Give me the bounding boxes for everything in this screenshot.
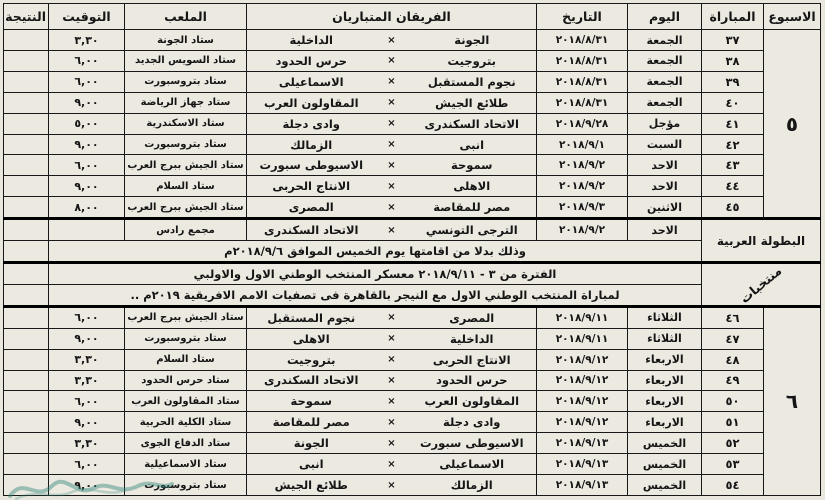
away-team: الاسيوطى سبورت bbox=[249, 158, 374, 172]
day-cell: الاثنين bbox=[628, 197, 702, 219]
col-header-match: المباراة bbox=[702, 4, 764, 30]
match-no-cell: ٤٢ bbox=[702, 134, 764, 155]
away-team: الاتحاد السكندرى bbox=[249, 223, 374, 237]
time-cell: ٣,٣٠ bbox=[49, 30, 125, 51]
date-cell: ٢٠١٨/٩/١٢ bbox=[537, 349, 628, 370]
home-team: الاهلى bbox=[410, 179, 535, 193]
home-team: الاتحاد السكندرى bbox=[410, 117, 535, 131]
day-cell: الاربعاء bbox=[628, 370, 702, 391]
col-header-result: النتيجة bbox=[4, 4, 49, 30]
time-cell: ٦,٠٠ bbox=[49, 391, 125, 412]
date-cell: ٢٠١٨/٨/٣١ bbox=[537, 30, 628, 51]
date-cell: ٢٠١٨/٨/٣١ bbox=[537, 51, 628, 72]
vs-mark: × bbox=[374, 76, 410, 87]
vs-mark: × bbox=[374, 375, 410, 386]
table-row: ٣٩ الجمعة ٢٠١٨/٨/٣١ نجوم المستقبل×الاسما… bbox=[4, 71, 821, 92]
time-cell: ٣,٣٠ bbox=[49, 433, 125, 454]
date-cell: ٢٠١٨/٩/١٣ bbox=[537, 433, 628, 454]
teams-cell: الاهلى×الانتاج الحربى bbox=[247, 176, 537, 197]
away-team: الداخلية bbox=[249, 33, 374, 47]
table-row: ٥٠ الاربعاء ٢٠١٨/٩/١٢ المقاولون العرب×سم… bbox=[4, 391, 821, 412]
stadium-cell: ستاد الجيش ببرج العرب bbox=[125, 197, 247, 219]
date-cell: ٢٠١٨/٩/١٢ bbox=[537, 370, 628, 391]
day-cell: الجمعة bbox=[628, 30, 702, 51]
vs-mark: × bbox=[374, 202, 410, 213]
date-cell: ٢٠١٨/٩/٢ bbox=[537, 176, 628, 197]
stadium-cell: ستاد المقاولون العرب bbox=[125, 391, 247, 412]
arab-championship-note-row: وذلك بدلا من اقامتها يوم الخميس الموافق … bbox=[4, 241, 821, 263]
stadium-cell: ستاد حرس الحدود bbox=[125, 370, 247, 391]
match-no-cell: ٥١ bbox=[702, 412, 764, 433]
time-cell: ٦,٠٠ bbox=[49, 51, 125, 72]
teams-cell: سموحة×الاسيوطى سبورت bbox=[247, 155, 537, 176]
home-team: وادى دجلة bbox=[410, 415, 535, 429]
match-no-cell: ٤٦ bbox=[702, 306, 764, 328]
match-no-cell: ٥٠ bbox=[702, 391, 764, 412]
stadium-cell: ستاد الجيش ببرج العرب bbox=[125, 306, 247, 328]
time-cell: ٩,٠٠ bbox=[49, 475, 125, 496]
table-row: ٤٠ الجمعة ٢٠١٨/٨/٣١ طلائع الجيش×المقاولو… bbox=[4, 92, 821, 113]
home-team: نجوم المستقبل bbox=[410, 75, 535, 89]
header-row: الاسبوع المباراة اليوم التاريخ الفريقان … bbox=[4, 4, 821, 30]
result-cell bbox=[4, 71, 49, 92]
stadium-cell: ستاد بتروسبورت bbox=[125, 475, 247, 496]
table-row: ٤٧ الثلاثاء ٢٠١٨/٩/١١ الداخلية×الاهلى ست… bbox=[4, 328, 821, 349]
table-row: ٥٢ الخميس ٢٠١٨/٩/١٣ الاسيوطى سبورت×الجون… bbox=[4, 433, 821, 454]
date-cell: ٢٠١٨/٩/١ bbox=[537, 134, 628, 155]
away-team: المصرى bbox=[249, 200, 374, 214]
teams-cell: وادى دجلة×مصر للمقاصة bbox=[247, 412, 537, 433]
time-cell: ٥,٠٠ bbox=[49, 113, 125, 134]
result-cell bbox=[4, 241, 49, 263]
niger-match-row: لمباراة المنتخب الوطني الاول مع النيجر ب… bbox=[4, 284, 821, 306]
time-cell: ٦,٠٠ bbox=[49, 306, 125, 328]
vs-mark: × bbox=[374, 118, 410, 129]
vs-mark: × bbox=[374, 160, 410, 171]
away-team: انبى bbox=[249, 457, 374, 471]
day-cell: الجمعة bbox=[628, 92, 702, 113]
home-team: حرس الحدود bbox=[410, 373, 535, 387]
day-cell: الاحد bbox=[628, 176, 702, 197]
vs-mark: × bbox=[374, 417, 410, 428]
stadium-cell: ستاد الاسكندرية bbox=[125, 113, 247, 134]
home-team: الترجى التونسي bbox=[410, 223, 535, 237]
teams-cell: الداخلية×الاهلى bbox=[247, 328, 537, 349]
home-team: طلائع الجيش bbox=[410, 96, 535, 110]
away-team: الاتحاد السكندرى bbox=[249, 373, 374, 387]
away-team: الانتاج الحربى bbox=[249, 179, 374, 193]
table-row: ٤٥ الاثنين ٢٠١٨/٩/٣ مصر للمقاصة×المصرى س… bbox=[4, 197, 821, 219]
week-6-band: ٦ bbox=[764, 306, 821, 495]
date-cell: ٢٠١٨/٨/٣١ bbox=[537, 92, 628, 113]
teams-cell: المقاولون العرب×سموحة bbox=[247, 391, 537, 412]
date-cell: ٢٠١٨/٩/٢ bbox=[537, 155, 628, 176]
stadium-cell: ستاد السلام bbox=[125, 349, 247, 370]
national-teams-label: منتخبات bbox=[702, 263, 821, 307]
home-team: الانتاج الحربى bbox=[410, 353, 535, 367]
date-cell: ٢٠١٨/٩/٢٨ bbox=[537, 113, 628, 134]
stadium-cell: ستاد الجيش ببرج العرب bbox=[125, 155, 247, 176]
vs-mark: × bbox=[374, 35, 410, 46]
stadium-cell: ستاد بتروسبورت bbox=[125, 328, 247, 349]
result-cell bbox=[4, 370, 49, 391]
time-cell: ٦,٠٠ bbox=[49, 454, 125, 475]
camp-period-note: الفترة من ٣ - ٢٠١٨/٩/١١ معسكر المنتخب ال… bbox=[49, 263, 702, 285]
stadium-cell: ستاد الاسماعيلية bbox=[125, 454, 247, 475]
result-cell bbox=[4, 92, 49, 113]
vs-mark: × bbox=[374, 55, 410, 66]
day-cell: الجمعة bbox=[628, 71, 702, 92]
home-team: بتروجيت bbox=[410, 54, 535, 68]
stadium-cell: ستاد بتروسبورت bbox=[125, 134, 247, 155]
day-cell: الثلاثاء bbox=[628, 306, 702, 328]
day-cell: السبت bbox=[628, 134, 702, 155]
result-cell bbox=[4, 263, 49, 285]
national-camp-row: منتخبات الفترة من ٣ - ٢٠١٨/٩/١١ معسكر ال… bbox=[4, 263, 821, 285]
vs-mark: × bbox=[374, 97, 410, 108]
day-cell: الثلاثاء bbox=[628, 328, 702, 349]
result-cell bbox=[4, 284, 49, 306]
table-row: ٥ ٣٧ الجمعة ٢٠١٨/٨/٣١ الجونة×الداخلية ست… bbox=[4, 30, 821, 51]
home-team: الداخلية bbox=[410, 332, 535, 346]
table-row: ٤٢ السبت ٢٠١٨/٩/١ انبى×الزمالك ستاد بترو… bbox=[4, 134, 821, 155]
away-team: مصر للمقاصة bbox=[249, 415, 374, 429]
match-no-cell: ٤٣ bbox=[702, 155, 764, 176]
home-team: الاسيوطى سبورت bbox=[410, 436, 535, 450]
result-cell bbox=[4, 30, 49, 51]
result-cell bbox=[4, 134, 49, 155]
col-header-week: الاسبوع bbox=[764, 4, 821, 30]
home-team: انبى bbox=[410, 138, 535, 152]
time-cell: ٨,٠٠ bbox=[49, 197, 125, 219]
teams-cell: طلائع الجيش×المقاولون العرب bbox=[247, 92, 537, 113]
col-header-time: التوقيت bbox=[49, 4, 125, 30]
teams-cell: الاسماعيلى×انبى bbox=[247, 454, 537, 475]
stadium-cell: ستاد بتروسبورت bbox=[125, 71, 247, 92]
national-teams-rotated-text: منتخبات bbox=[737, 263, 784, 306]
home-team: المصرى bbox=[410, 311, 535, 325]
result-cell bbox=[4, 391, 49, 412]
home-team: الجونة bbox=[410, 33, 535, 47]
stadium-cell: ستاد الدفاع الجوى bbox=[125, 433, 247, 454]
reschedule-note: وذلك بدلا من اقامتها يوم الخميس الموافق … bbox=[49, 241, 702, 263]
date-cell: ٢٠١٨/٩/١١ bbox=[537, 328, 628, 349]
away-team: نجوم المستقبل bbox=[249, 311, 374, 325]
teams-cell: الانتاج الحربى×بتروجيت bbox=[247, 349, 537, 370]
away-team: الاهلى bbox=[249, 332, 374, 346]
match-no-cell: ٥٣ bbox=[702, 454, 764, 475]
time-cell: ٦,٠٠ bbox=[49, 155, 125, 176]
match-no-cell: ٣٩ bbox=[702, 71, 764, 92]
result-cell bbox=[4, 328, 49, 349]
teams-cell: بتروجيت×حرس الحدود bbox=[247, 51, 537, 72]
day-cell: الاحد bbox=[628, 219, 702, 241]
date-cell: ٢٠١٨/٩/١٢ bbox=[537, 412, 628, 433]
stadium-cell: مجمع رادس bbox=[125, 219, 247, 241]
col-header-stadium: الملعب bbox=[125, 4, 247, 30]
time-cell: ٩,٠٠ bbox=[49, 412, 125, 433]
home-team: الاسماعيلى bbox=[410, 457, 535, 471]
day-cell: الخميس bbox=[628, 433, 702, 454]
day-cell: الخميس bbox=[628, 475, 702, 496]
away-team: وادى دجلة bbox=[249, 117, 374, 131]
date-cell: ٢٠١٨/٨/٣١ bbox=[537, 71, 628, 92]
match-no-cell: ٣٧ bbox=[702, 30, 764, 51]
table-row: ٤٣ الاحد ٢٠١٨/٩/٢ سموحة×الاسيوطى سبورت س… bbox=[4, 155, 821, 176]
day-cell: الجمعة bbox=[628, 51, 702, 72]
result-cell bbox=[4, 176, 49, 197]
away-team: الزمالك bbox=[249, 138, 374, 152]
match-no-cell: ٣٨ bbox=[702, 51, 764, 72]
scanned-schedule-sheet: الاسبوع المباراة اليوم التاريخ الفريقان … bbox=[0, 0, 825, 500]
result-cell bbox=[4, 349, 49, 370]
vs-mark: × bbox=[374, 333, 410, 344]
week-5-band: ٥ bbox=[764, 30, 821, 219]
match-no-cell: ٤٤ bbox=[702, 176, 764, 197]
match-no-cell: ٤٧ bbox=[702, 328, 764, 349]
col-header-date: التاريخ bbox=[537, 4, 628, 30]
vs-mark: × bbox=[374, 459, 410, 470]
vs-mark: × bbox=[374, 181, 410, 192]
teams-cell: الزمالك×طلائع الجيش bbox=[247, 475, 537, 496]
teams-cell: المصرى×نجوم المستقبل bbox=[247, 306, 537, 328]
home-team: سموحة bbox=[410, 158, 535, 172]
result-cell bbox=[4, 412, 49, 433]
teams-cell: الجونة×الداخلية bbox=[247, 30, 537, 51]
time-cell: ٩,٠٠ bbox=[49, 176, 125, 197]
arab-championship-match-row: البطولة العربية الاحد ٢٠١٨/٩/٢ الترجى ال… bbox=[4, 219, 821, 241]
date-cell: ٢٠١٨/٩/١٣ bbox=[537, 475, 628, 496]
table-row: ٤٤ الاحد ٢٠١٨/٩/٢ الاهلى×الانتاج الحربى … bbox=[4, 176, 821, 197]
col-header-day: اليوم bbox=[628, 4, 702, 30]
match-no-cell: ٤١ bbox=[702, 113, 764, 134]
day-cell: الاربعاء bbox=[628, 412, 702, 433]
stadium-cell: ستاد السلام bbox=[125, 176, 247, 197]
date-cell: ٢٠١٨/٩/٢ bbox=[537, 219, 628, 241]
table-row: ٥٣ الخميس ٢٠١٨/٩/١٣ الاسماعيلى×انبى ستاد… bbox=[4, 454, 821, 475]
fixtures-table: الاسبوع المباراة اليوم التاريخ الفريقان … bbox=[3, 3, 821, 496]
result-cell bbox=[4, 454, 49, 475]
home-team: الزمالك bbox=[410, 478, 535, 492]
date-cell: ٢٠١٨/٩/١١ bbox=[537, 306, 628, 328]
table-row: ٤٩ الاربعاء ٢٠١٨/٩/١٢ حرس الحدود×الاتحاد… bbox=[4, 370, 821, 391]
table-row: ٣٨ الجمعة ٢٠١٨/٨/٣١ بتروجيت×حرس الحدود س… bbox=[4, 51, 821, 72]
table-row: ٤٨ الاربعاء ٢٠١٨/٩/١٢ الانتاج الحربى×بتر… bbox=[4, 349, 821, 370]
vs-mark: × bbox=[374, 225, 410, 236]
day-cell: الاحد bbox=[628, 155, 702, 176]
vs-mark: × bbox=[374, 396, 410, 407]
table-row: ٤١ مؤجل ٢٠١٨/٩/٢٨ الاتحاد السكندرى×وادى … bbox=[4, 113, 821, 134]
day-cell: الاربعاء bbox=[628, 349, 702, 370]
match-no-cell: ٤٠ bbox=[702, 92, 764, 113]
away-team: بتروجيت bbox=[249, 353, 374, 367]
match-no-cell: ٤٥ bbox=[702, 197, 764, 219]
arab-championship-label: البطولة العربية bbox=[702, 219, 821, 263]
teams-cell: انبى×الزمالك bbox=[247, 134, 537, 155]
away-team: سموحة bbox=[249, 394, 374, 408]
result-cell bbox=[4, 306, 49, 328]
time-cell: ٩,٠٠ bbox=[49, 92, 125, 113]
time-cell: ٣,٣٠ bbox=[49, 370, 125, 391]
teams-cell: حرس الحدود×الاتحاد السكندرى bbox=[247, 370, 537, 391]
table-row: ٥١ الاربعاء ٢٠١٨/٩/١٢ وادى دجلة×مصر للمق… bbox=[4, 412, 821, 433]
teams-cell: نجوم المستقبل×الاسماعيلى bbox=[247, 71, 537, 92]
vs-mark: × bbox=[374, 438, 410, 449]
result-cell bbox=[4, 219, 49, 241]
home-team: المقاولون العرب bbox=[410, 394, 535, 408]
away-team: حرس الحدود bbox=[249, 54, 374, 68]
result-cell bbox=[4, 51, 49, 72]
time-cell: ٣,٣٠ bbox=[49, 349, 125, 370]
away-team: الاسماعيلى bbox=[249, 75, 374, 89]
result-cell bbox=[4, 113, 49, 134]
away-team: المقاولون العرب bbox=[249, 96, 374, 110]
date-cell: ٢٠١٨/٩/١٣ bbox=[537, 454, 628, 475]
teams-cell: الاسيوطى سبورت×الجونة bbox=[247, 433, 537, 454]
day-cell: مؤجل bbox=[628, 113, 702, 134]
home-team: مصر للمقاصة bbox=[410, 200, 535, 214]
away-team: الجونة bbox=[249, 436, 374, 450]
time-cell: ٩,٠٠ bbox=[49, 328, 125, 349]
match-no-cell: ٤٩ bbox=[702, 370, 764, 391]
stadium-cell: ستاد السويس الجديد bbox=[125, 51, 247, 72]
time-cell: ٩,٠٠ bbox=[49, 134, 125, 155]
match-no-cell: ٥٢ bbox=[702, 433, 764, 454]
vs-mark: × bbox=[374, 139, 410, 150]
time-cell: ٦,٠٠ bbox=[49, 71, 125, 92]
time-cell bbox=[49, 219, 125, 241]
result-cell bbox=[4, 475, 49, 496]
stadium-cell: ستاد جهاز الرياضة bbox=[125, 92, 247, 113]
match-no-cell: ٥٤ bbox=[702, 475, 764, 496]
date-cell: ٢٠١٨/٩/٣ bbox=[537, 197, 628, 219]
day-cell: الخميس bbox=[628, 454, 702, 475]
result-cell bbox=[4, 433, 49, 454]
result-cell bbox=[4, 155, 49, 176]
niger-match-note: لمباراة المنتخب الوطني الاول مع النيجر ب… bbox=[49, 284, 702, 306]
date-cell: ٢٠١٨/٩/١٢ bbox=[537, 391, 628, 412]
vs-mark: × bbox=[374, 480, 410, 491]
table-row: ٥٤ الخميس ٢٠١٨/٩/١٣ الزمالك×طلائع الجيش … bbox=[4, 475, 821, 496]
stadium-cell: ستاد الكلية الحربية bbox=[125, 412, 247, 433]
col-header-teams: الفريقان المتباريان bbox=[247, 4, 537, 30]
teams-cell: الترجى التونسي×الاتحاد السكندرى bbox=[247, 219, 537, 241]
stadium-cell: ستاد الجونة bbox=[125, 30, 247, 51]
teams-cell: الاتحاد السكندرى×وادى دجلة bbox=[247, 113, 537, 134]
table-row: ٦ ٤٦ الثلاثاء ٢٠١٨/٩/١١ المصرى×نجوم المس… bbox=[4, 306, 821, 328]
away-team: طلائع الجيش bbox=[249, 478, 374, 492]
day-cell: الاربعاء bbox=[628, 391, 702, 412]
result-cell bbox=[4, 197, 49, 219]
vs-mark: × bbox=[374, 354, 410, 365]
teams-cell: مصر للمقاصة×المصرى bbox=[247, 197, 537, 219]
match-no-cell: ٤٨ bbox=[702, 349, 764, 370]
vs-mark: × bbox=[374, 312, 410, 323]
